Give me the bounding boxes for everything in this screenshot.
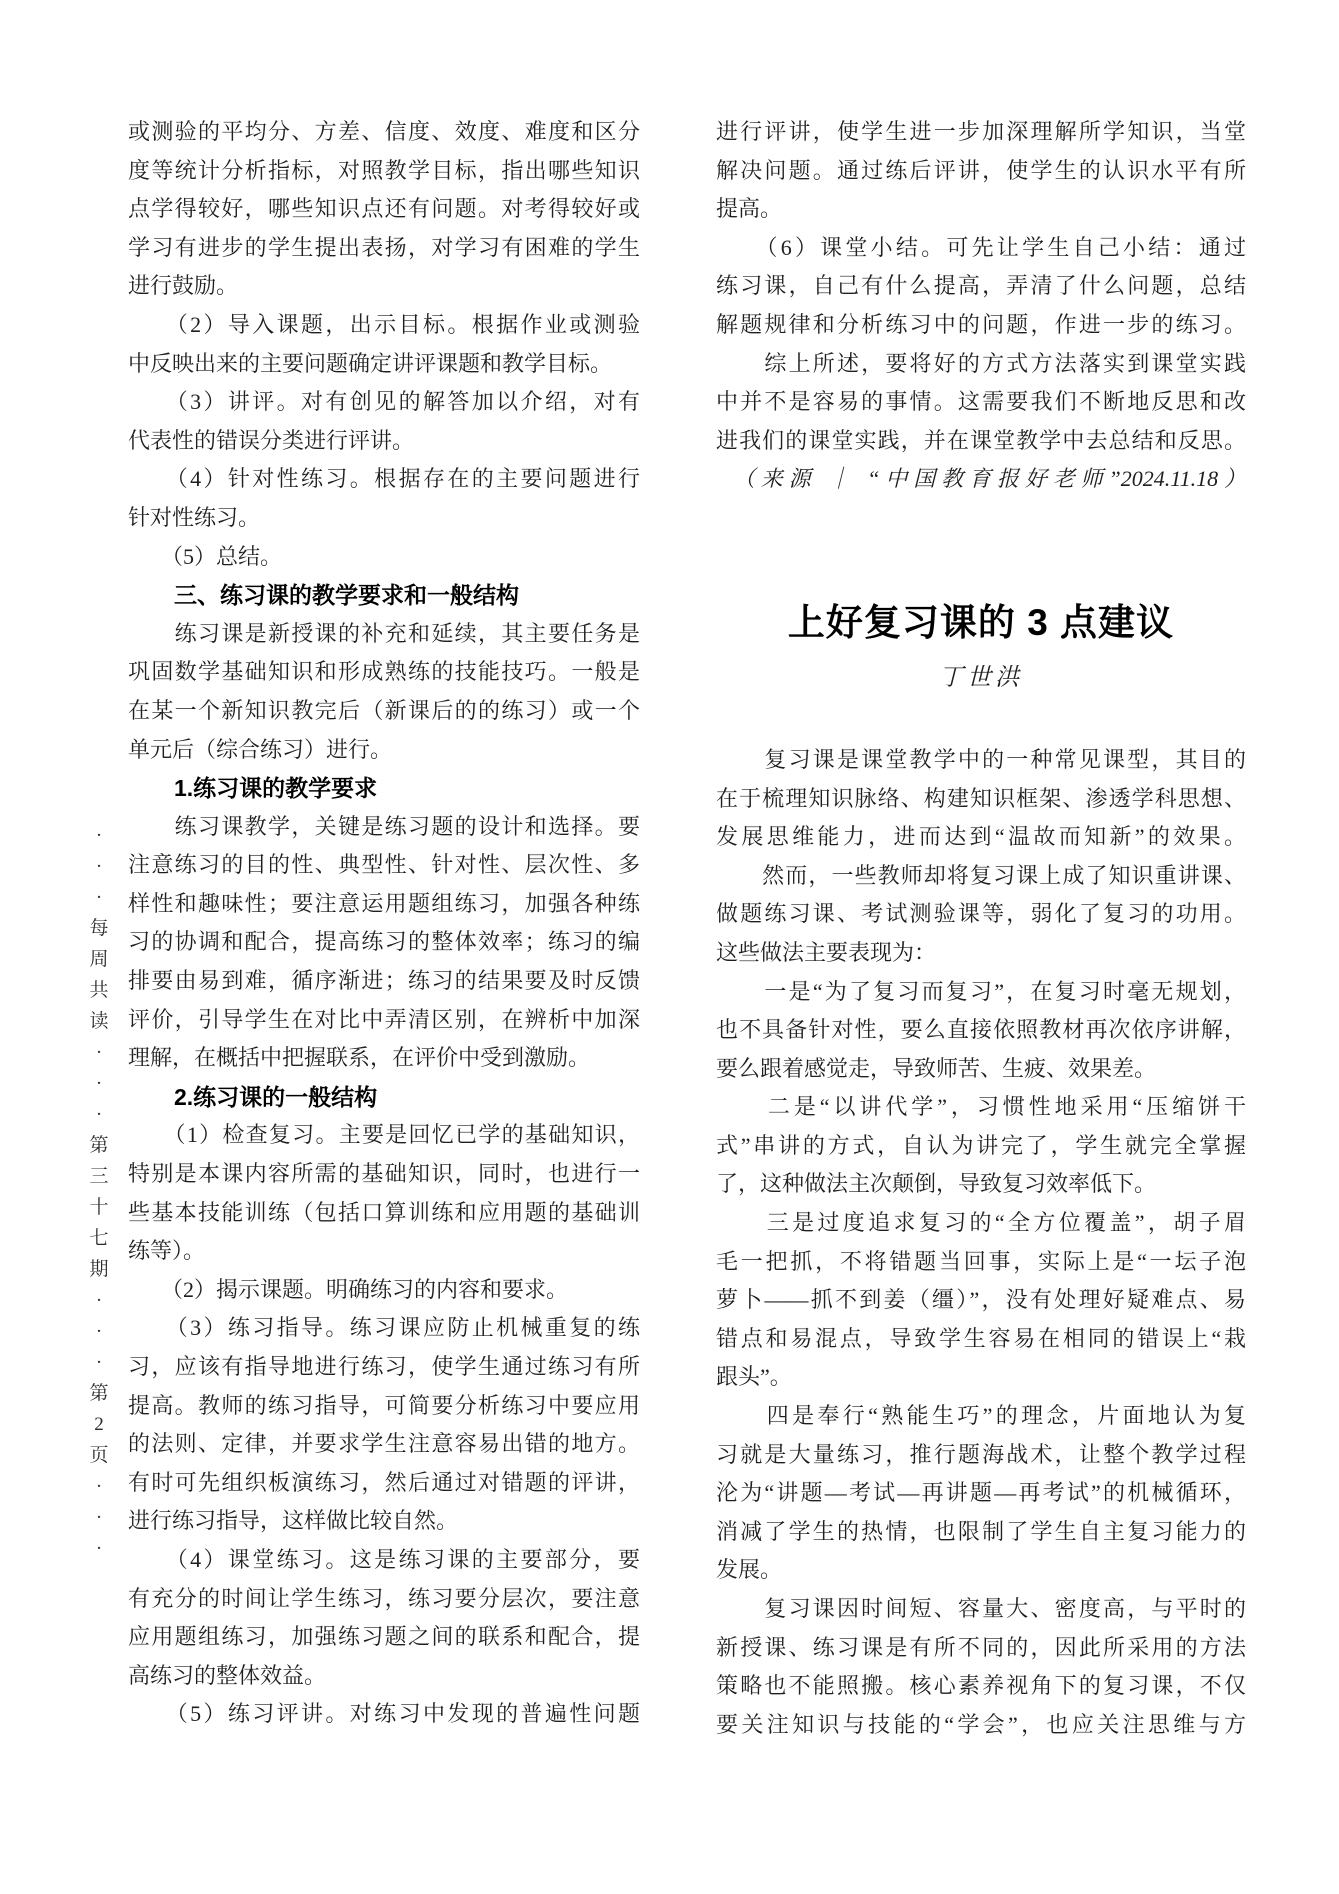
- text-line: 在于梳理知识脉络、构建知识框架、渗透学科思想、: [716, 780, 1246, 819]
- text-line: （3）讲评。对有创见的解答加以介绍，对有: [128, 383, 640, 422]
- separator-dot: ·: [96, 1316, 102, 1347]
- text-line: 习就是大量练习，推行题海战术，让整个教学过程: [716, 1436, 1246, 1475]
- margin-note-char: 三: [89, 1161, 108, 1192]
- margin-note-char: 2: [94, 1409, 104, 1440]
- text-line: 消减了学生的热情，也限制了学生自主复习能力的: [716, 1513, 1246, 1552]
- text-line: 做题练习课、考试测验课等，弱化了复习的功用。: [716, 895, 1246, 934]
- text-line: 巩固数学基础知识和形成熟练的技能技巧。一般是: [128, 653, 640, 692]
- separator-dot: ·: [96, 1533, 102, 1564]
- text-line: （4）课堂练习。这是练习课的主要部分，要: [128, 1541, 640, 1580]
- text-line: 练习课，自己有什么提高，弄清了什么问题，总结: [716, 267, 1246, 306]
- text-line: 新授课、练习课是有所不同的，因此所采用的方法: [716, 1629, 1246, 1668]
- right-column: 进行评讲，使学生进一步加深理解所学知识，当堂解决问题。通过练后评讲，使学生的认识…: [716, 113, 1246, 1744]
- text-line: （4）针对性练习。根据存在的主要问题进行: [128, 460, 640, 499]
- text-line: 学习有进步的学生提出表扬，对学习有困难的学生: [128, 229, 640, 268]
- text-line: 进我们的课堂实践，并在课堂教学中去总结和反思。: [716, 422, 1246, 461]
- text-line: 排要由易到难，循序渐进；练习的结果要及时反馈: [128, 962, 640, 1001]
- text-line: 注意练习的目的性、典型性、针对性、层次性、多: [128, 846, 640, 885]
- margin-note-char: 七: [89, 1223, 108, 1254]
- text-line: 错点和易混点，导致学生容易在相同的错误上“栽: [716, 1320, 1246, 1359]
- text-line: 跟头”。: [716, 1358, 1246, 1397]
- text-line: 特别是本课内容所需的基础知识，同时，也进行一: [128, 1155, 640, 1194]
- text-line: 高练习的整体效益。: [128, 1657, 640, 1696]
- text-line: 要关注知识与技能的“学会”，也应关注思维与方: [716, 1706, 1246, 1745]
- separator-dot: ·: [96, 820, 102, 851]
- text-line: 点学得较好，哪些知识点还有问题。对考得较好或: [128, 190, 640, 229]
- text-line: 中并不是容易的事情。这需要我们不断地反思和改: [716, 383, 1246, 422]
- separator-dot: ·: [96, 1285, 102, 1316]
- margin-note-char: 周: [89, 944, 108, 975]
- text-line: 练习课教学，关键是练习题的设计和选择。要: [128, 808, 640, 847]
- text-line: 提高。教师的练习指导，可简要分析练习中要应用: [128, 1387, 640, 1426]
- text-line: 发展。: [716, 1551, 1246, 1590]
- separator-dot: ·: [96, 1099, 102, 1130]
- margin-note-char: 页: [89, 1440, 108, 1471]
- text-line: 二是“以讲代学”，习惯性地采用“压缩饼干: [716, 1088, 1246, 1127]
- section-heading: 1.练习课的教学要求: [128, 769, 640, 808]
- text-line: 进行练习指导，这样做比较自然。: [128, 1502, 640, 1541]
- text-line: 进行鼓励。: [128, 267, 640, 306]
- text-line: 解题规律和分析练习中的问题，作进一步的练习。: [716, 306, 1246, 345]
- text-line: 评价，引导学生在对比中弄清区别，在辨析中加深: [128, 1001, 640, 1040]
- text-line: 中反映出来的主要问题确定讲评课题和教学目标。: [128, 345, 640, 384]
- text-line: 综上所述，要将好的方式方法落实到课堂实践: [716, 345, 1246, 384]
- text-line: 的法则、定律，并要求学生注意容易出错的地方。: [128, 1425, 640, 1464]
- separator-dot: ·: [96, 1068, 102, 1099]
- text-line: 有充分的时间让学生练习，练习要分层次，要注意: [128, 1580, 640, 1619]
- text-line: 针对性练习。: [128, 499, 640, 538]
- separator-dot: ·: [96, 1347, 102, 1378]
- text-line: 度等统计分析指标，对照教学目标，指出哪些知识: [128, 152, 640, 191]
- text-line: （6）课堂小结。可先让学生自己小结：通过: [716, 229, 1246, 268]
- text-line: （3）练习指导。练习课应防止机械重复的练: [128, 1309, 640, 1348]
- text-line: 复习课是课堂教学中的一种常见课型，其目的: [716, 741, 1246, 780]
- text-line: 提高。: [716, 190, 1246, 229]
- text-line: 要么跟着感觉走，导致师苦、生疲、效果差。: [716, 1050, 1246, 1089]
- margin-note-char: 期: [89, 1254, 108, 1285]
- text-line: 然而，一些教师却将复习课上成了知识重讲课、: [716, 857, 1246, 896]
- text-line: 单元后（综合练习）进行。: [128, 731, 640, 770]
- section-heading: 2.练习课的一般结构: [128, 1078, 640, 1117]
- text-line: 理解，在概括中把握联系，在评价中受到激励。: [128, 1039, 640, 1078]
- text-line: 毛一把抓，不将错题当回事，实际上是“一坛子泡: [716, 1243, 1246, 1282]
- text-line: 也不具备针对性，要么直接依照教材再次依序讲解，: [716, 1011, 1246, 1050]
- text-line: 有时可先组织板演练习，然后通过对错题的评讲，: [128, 1464, 640, 1503]
- margin-note-char: 读: [89, 1006, 108, 1037]
- text-line: （2）揭示课题。明确练习的内容和要求。: [128, 1271, 640, 1310]
- margin-note-char: 第: [89, 1378, 108, 1409]
- text-line: 发展思维能力，进而达到“温故而知新”的效果。: [716, 818, 1246, 857]
- article-title: 上好复习课的 3 点建议: [716, 599, 1246, 647]
- text-line: 一是“为了复习而复习”，在复习时毫无规划，: [716, 973, 1246, 1012]
- text-line: 三是过度追求复习的“全方位覆盖”，胡子眉: [716, 1204, 1246, 1243]
- margin-note-char: 第: [89, 1130, 108, 1161]
- left-column: 或测验的平均分、方差、信度、效度、难度和区分度等统计分析指标，对照教学目标，指出…: [128, 113, 640, 1734]
- text-line: 四是奉行“熟能生巧”的理念，片面地认为复: [716, 1397, 1246, 1436]
- text-line: （5）练习评讲。对练习中发现的普遍性问题: [128, 1695, 640, 1734]
- separator-dot: ·: [96, 1037, 102, 1068]
- text-line: （5）总结。: [128, 538, 640, 577]
- separator-dot: ·: [96, 851, 102, 882]
- text-line: （1）检查复习。主要是回忆已学的基础知识，: [128, 1116, 640, 1155]
- article-body-text: 复习课是课堂教学中的一种常见课型，其目的在于梳理知识脉络、构建知识框架、渗透学科…: [716, 741, 1246, 1744]
- text-line: 练等）。: [128, 1232, 640, 1271]
- margin-note-char: 共: [89, 975, 108, 1006]
- separator-dot: ·: [96, 1502, 102, 1533]
- text-line: （2）导入课题，出示目标。根据作业或测验: [128, 306, 640, 345]
- text-line: 式”串讲的方式，自认为讲完了，学生就完全掌握: [716, 1127, 1246, 1166]
- text-line: 策略也不能照搬。核心素养视角下的复习课，不仅: [716, 1667, 1246, 1706]
- document-page: ···每周共读···第三十七期···第2页··· 或测验的平均分、方差、信度、效…: [0, 0, 1339, 1894]
- separator-dot: ·: [96, 1471, 102, 1502]
- text-line: 应用题组练习，加强练习题之间的联系和配合，提: [128, 1618, 640, 1657]
- text-line: 样性和趣味性；要注意运用题组练习，加强各种练: [128, 885, 640, 924]
- text-line: 或测验的平均分、方差、信度、效度、难度和区分: [128, 113, 640, 152]
- article-author: 丁世洪: [716, 661, 1246, 695]
- text-line: 解决问题。通过练后评讲，使学生的认识水平有所: [716, 152, 1246, 191]
- text-line: （来源 ｜ “中国教育报好老师”2024.11.18）: [716, 460, 1246, 499]
- text-line: 代表性的错误分类进行评讲。: [128, 422, 640, 461]
- text-line: 萝卜——抓不到姜（缰）”，没有处理好疑难点、易: [716, 1281, 1246, 1320]
- section-heading: 三、练习课的教学要求和一般结构: [128, 576, 640, 615]
- text-line: 这些做法主要表现为：: [716, 934, 1246, 973]
- right-column-top-text: 进行评讲，使学生进一步加深理解所学知识，当堂解决问题。通过练后评讲，使学生的认识…: [716, 113, 1246, 499]
- text-line: 习的协调和配合，提高练习的整体效率；练习的编: [128, 923, 640, 962]
- text-line: 进行评讲，使学生进一步加深理解所学知识，当堂: [716, 113, 1246, 152]
- margin-vertical-note: ···每周共读···第三十七期···第2页···: [84, 820, 114, 1564]
- text-line: 些基本技能训练（包括口算训练和应用题的基础训: [128, 1194, 640, 1233]
- text-line: 了，这种做法主次颠倒，导致复习效率低下。: [716, 1165, 1246, 1204]
- text-line: 在某一个新知识教完后（新课后的的练习）或一个: [128, 692, 640, 731]
- text-line: 练习课是新授课的补充和延续，其主要任务是: [128, 615, 640, 654]
- margin-note-char: 十: [89, 1192, 108, 1223]
- text-line: 复习课因时间短、容量大、密度高，与平时的: [716, 1590, 1246, 1629]
- separator-dot: ·: [96, 882, 102, 913]
- text-line: 沦为“讲题—考试—再讲题—再考试”的机械循环，: [716, 1474, 1246, 1513]
- text-line: 习，应该有指导地进行练习，使学生通过练习有所: [128, 1348, 640, 1387]
- margin-note-char: 每: [89, 913, 108, 944]
